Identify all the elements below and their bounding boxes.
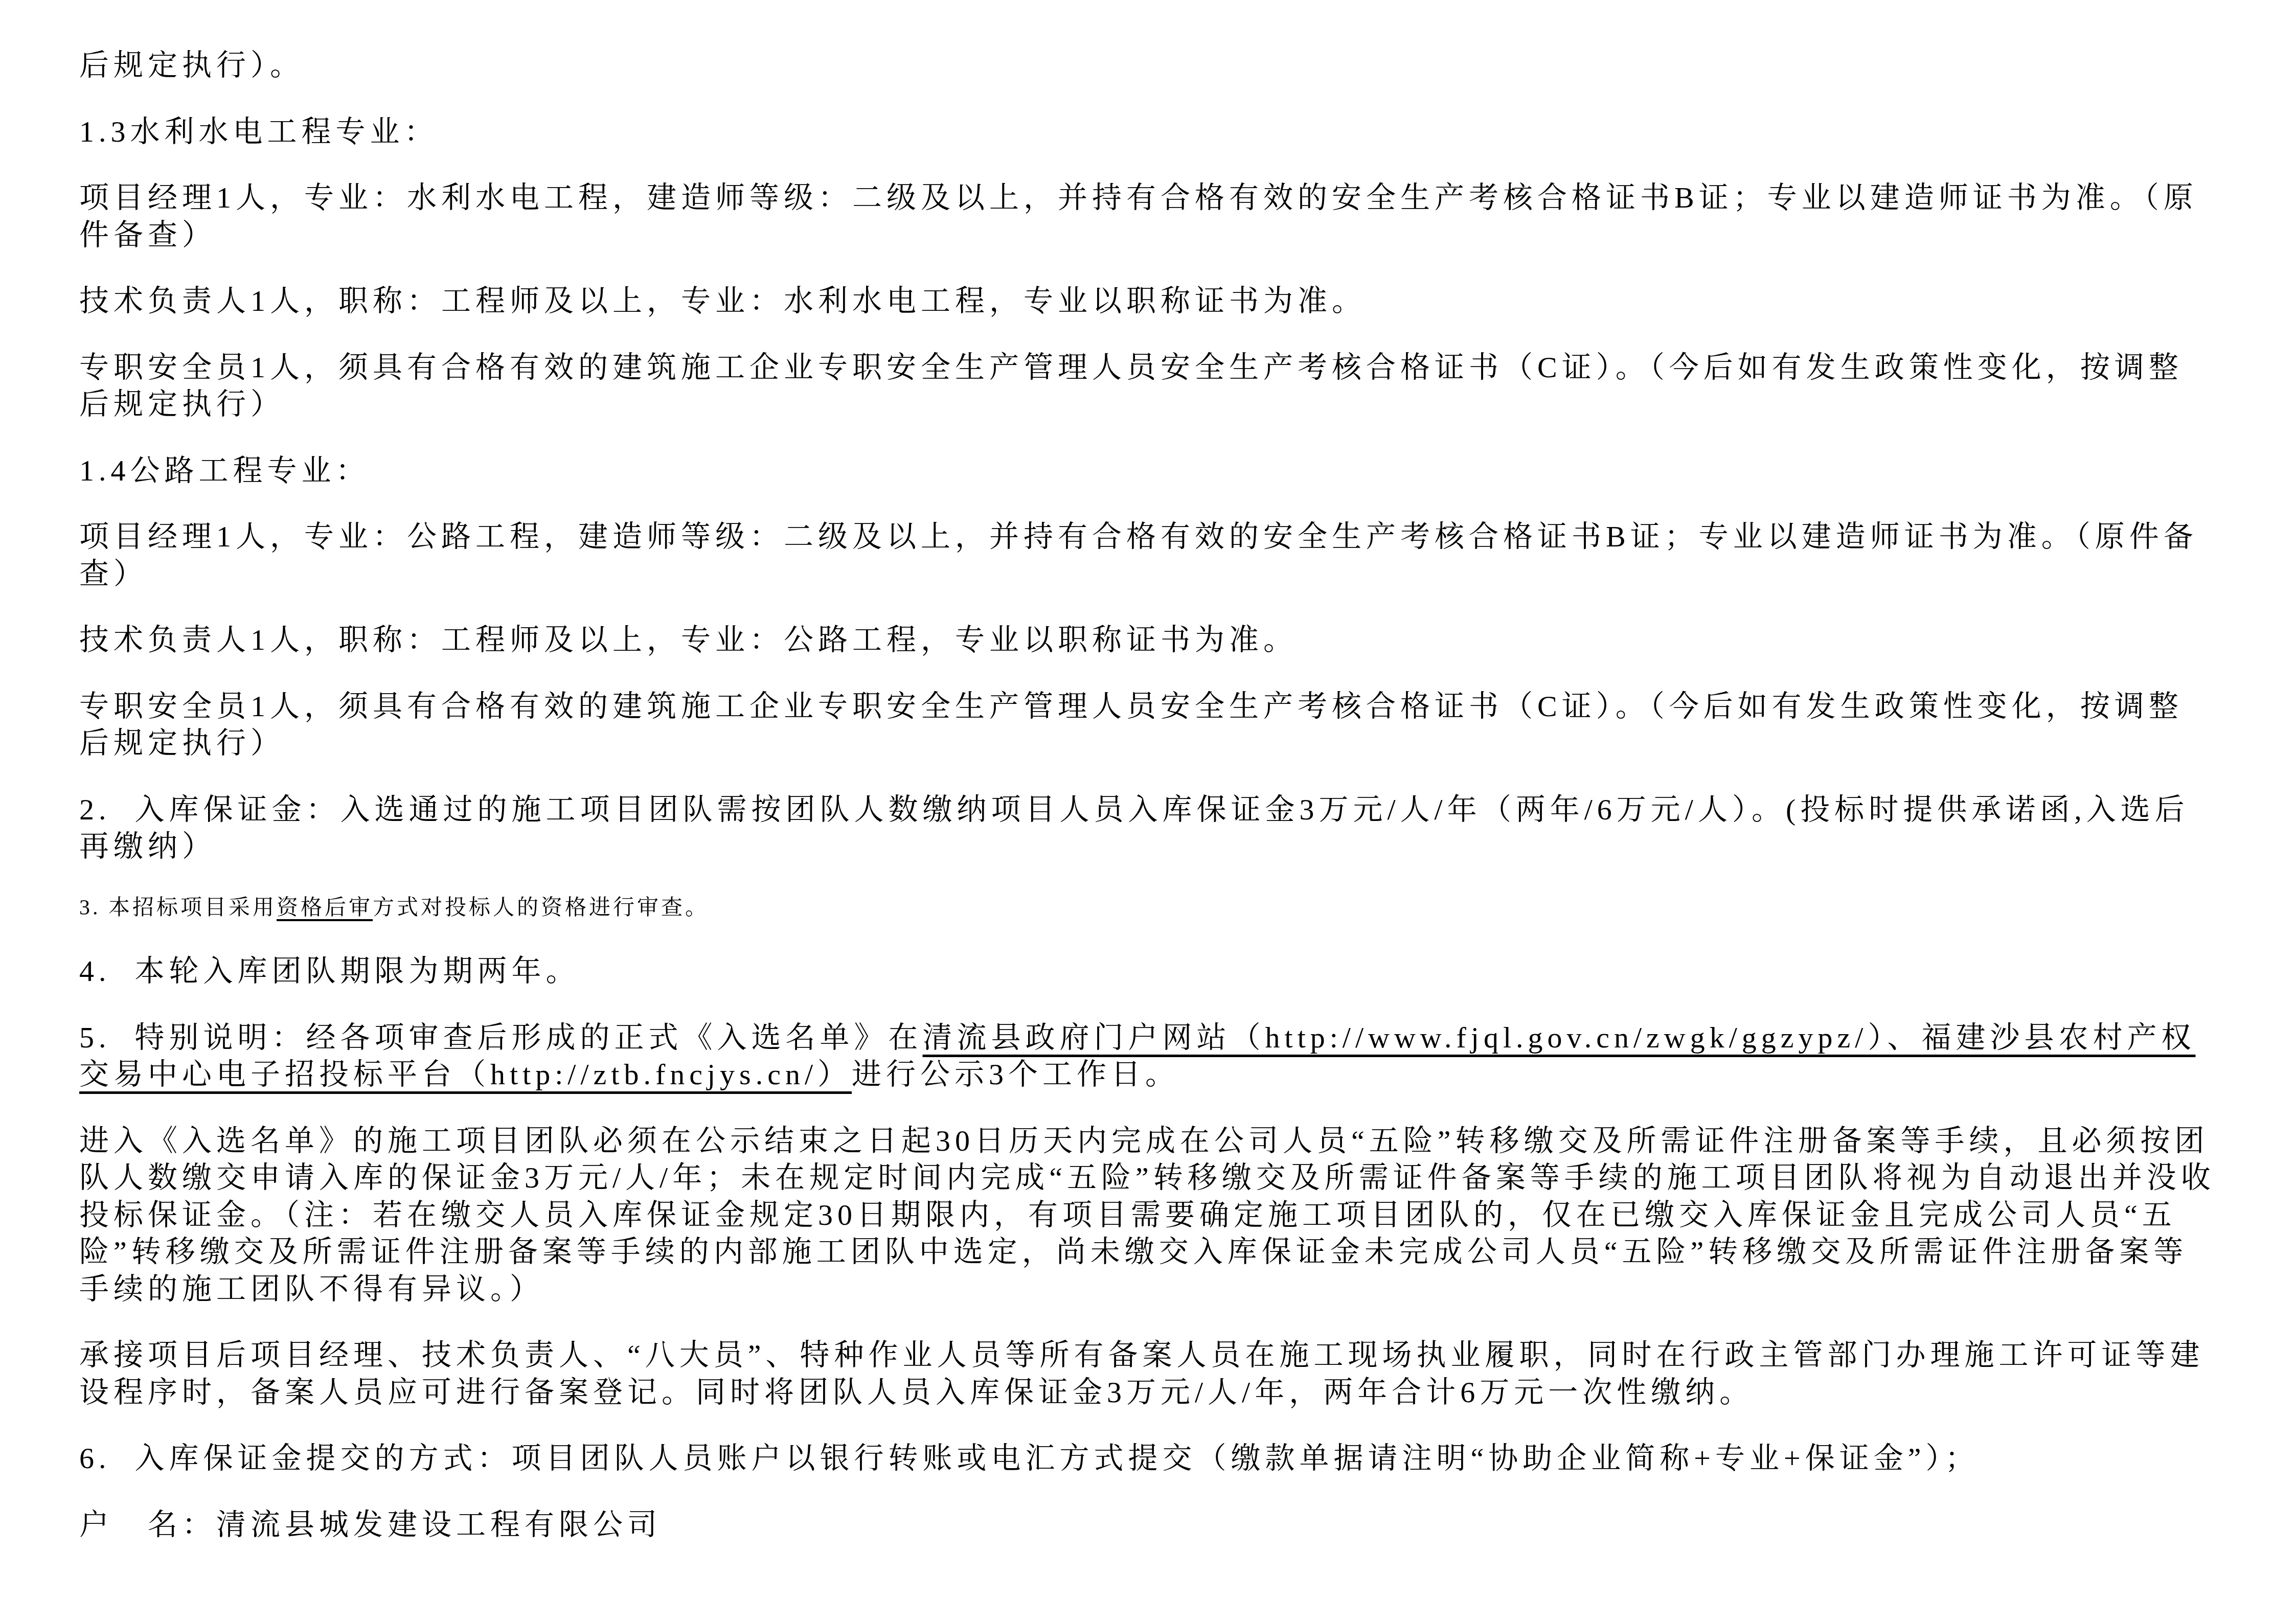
para-1-3-safety-officer: 专职安全员1人，须具有合格有效的建筑施工企业专职安全生产管理人员安全生产考核合格… <box>79 349 2217 423</box>
para-1-4-project-manager: 项目经理1人，专业：公路工程，建造师等级：二级及以上，并持有合格有效的安全生产考… <box>79 518 2217 592</box>
para-3-underlined-post-qualification: 资格后审 <box>277 896 373 920</box>
para-5-undertaking-project-filing: 承接项目后项目经理、技术负责人、“八大员”、特种作业人员等所有备案人员在施工现场… <box>79 1337 2217 1411</box>
para-2-entry-deposit: 2. 入库保证金：入选通过的施工项目团队需按团队人数缴纳项目人员入库保证金3万元… <box>79 791 2217 865</box>
para-3-qualification-review: 3. 本招标项目采用资格后审方式对投标人的资格进行审查。 <box>79 895 2217 922</box>
para-3-text-pre: 3. 本招标项目采用 <box>79 896 277 920</box>
para-6-deposit-payment-method: 6. 入库保证金提交的方式：项目团队人员账户以银行转账或电汇方式提交（缴款单据请… <box>79 1440 2217 1477</box>
para-5-text-pre: 5. 特别说明：经各项审查后形成的正式《入选名单》在 <box>79 1021 923 1054</box>
para-1-3-project-manager: 项目经理1人，专业：水利水电工程，建造师等级：二级及以上，并持有合格有效的安全生… <box>79 179 2217 254</box>
para-3-text-post: 方式对投标人的资格进行审查。 <box>373 896 709 920</box>
para-1-4-technical-lead: 技术负责人1人，职称：工程师及以上，专业：公路工程，专业以职称证书为准。 <box>79 622 2217 659</box>
para-account-name: 户 名：清流县城发建设工程有限公司 <box>79 1506 2217 1544</box>
heading-section-1-4: 1.4公路工程专业： <box>79 452 2217 490</box>
para-5-special-note: 5. 特别说明：经各项审查后形成的正式《入选名单》在清流县政府门户网站（http… <box>79 1019 2217 1093</box>
para-5-selected-list-procedures: 进入《入选名单》的施工项目团队必须在公示结束之日起30日历天内完成在公司人员“五… <box>79 1123 2217 1308</box>
para-5-text-post: 进行公示3个工作日。 <box>852 1058 1179 1091</box>
document-page: 后规定执行）。 1.3水利水电工程专业： 项目经理1人，专业：水利水电工程，建造… <box>79 47 2217 1543</box>
para-1-3-technical-lead: 技术负责人1人，职称：工程师及以上，专业：水利水电工程，专业以职称证书为准。 <box>79 283 2217 320</box>
para-carryover-tail: 后规定执行）。 <box>79 47 2217 84</box>
para-1-4-safety-officer: 专职安全员1人，须具有合格有效的建筑施工企业专职安全生产管理人员安全生产考核合格… <box>79 688 2217 762</box>
para-4-team-term: 4. 本轮入库团队期限为期两年。 <box>79 953 2217 990</box>
heading-section-1-3: 1.3水利水电工程专业： <box>79 113 2217 151</box>
